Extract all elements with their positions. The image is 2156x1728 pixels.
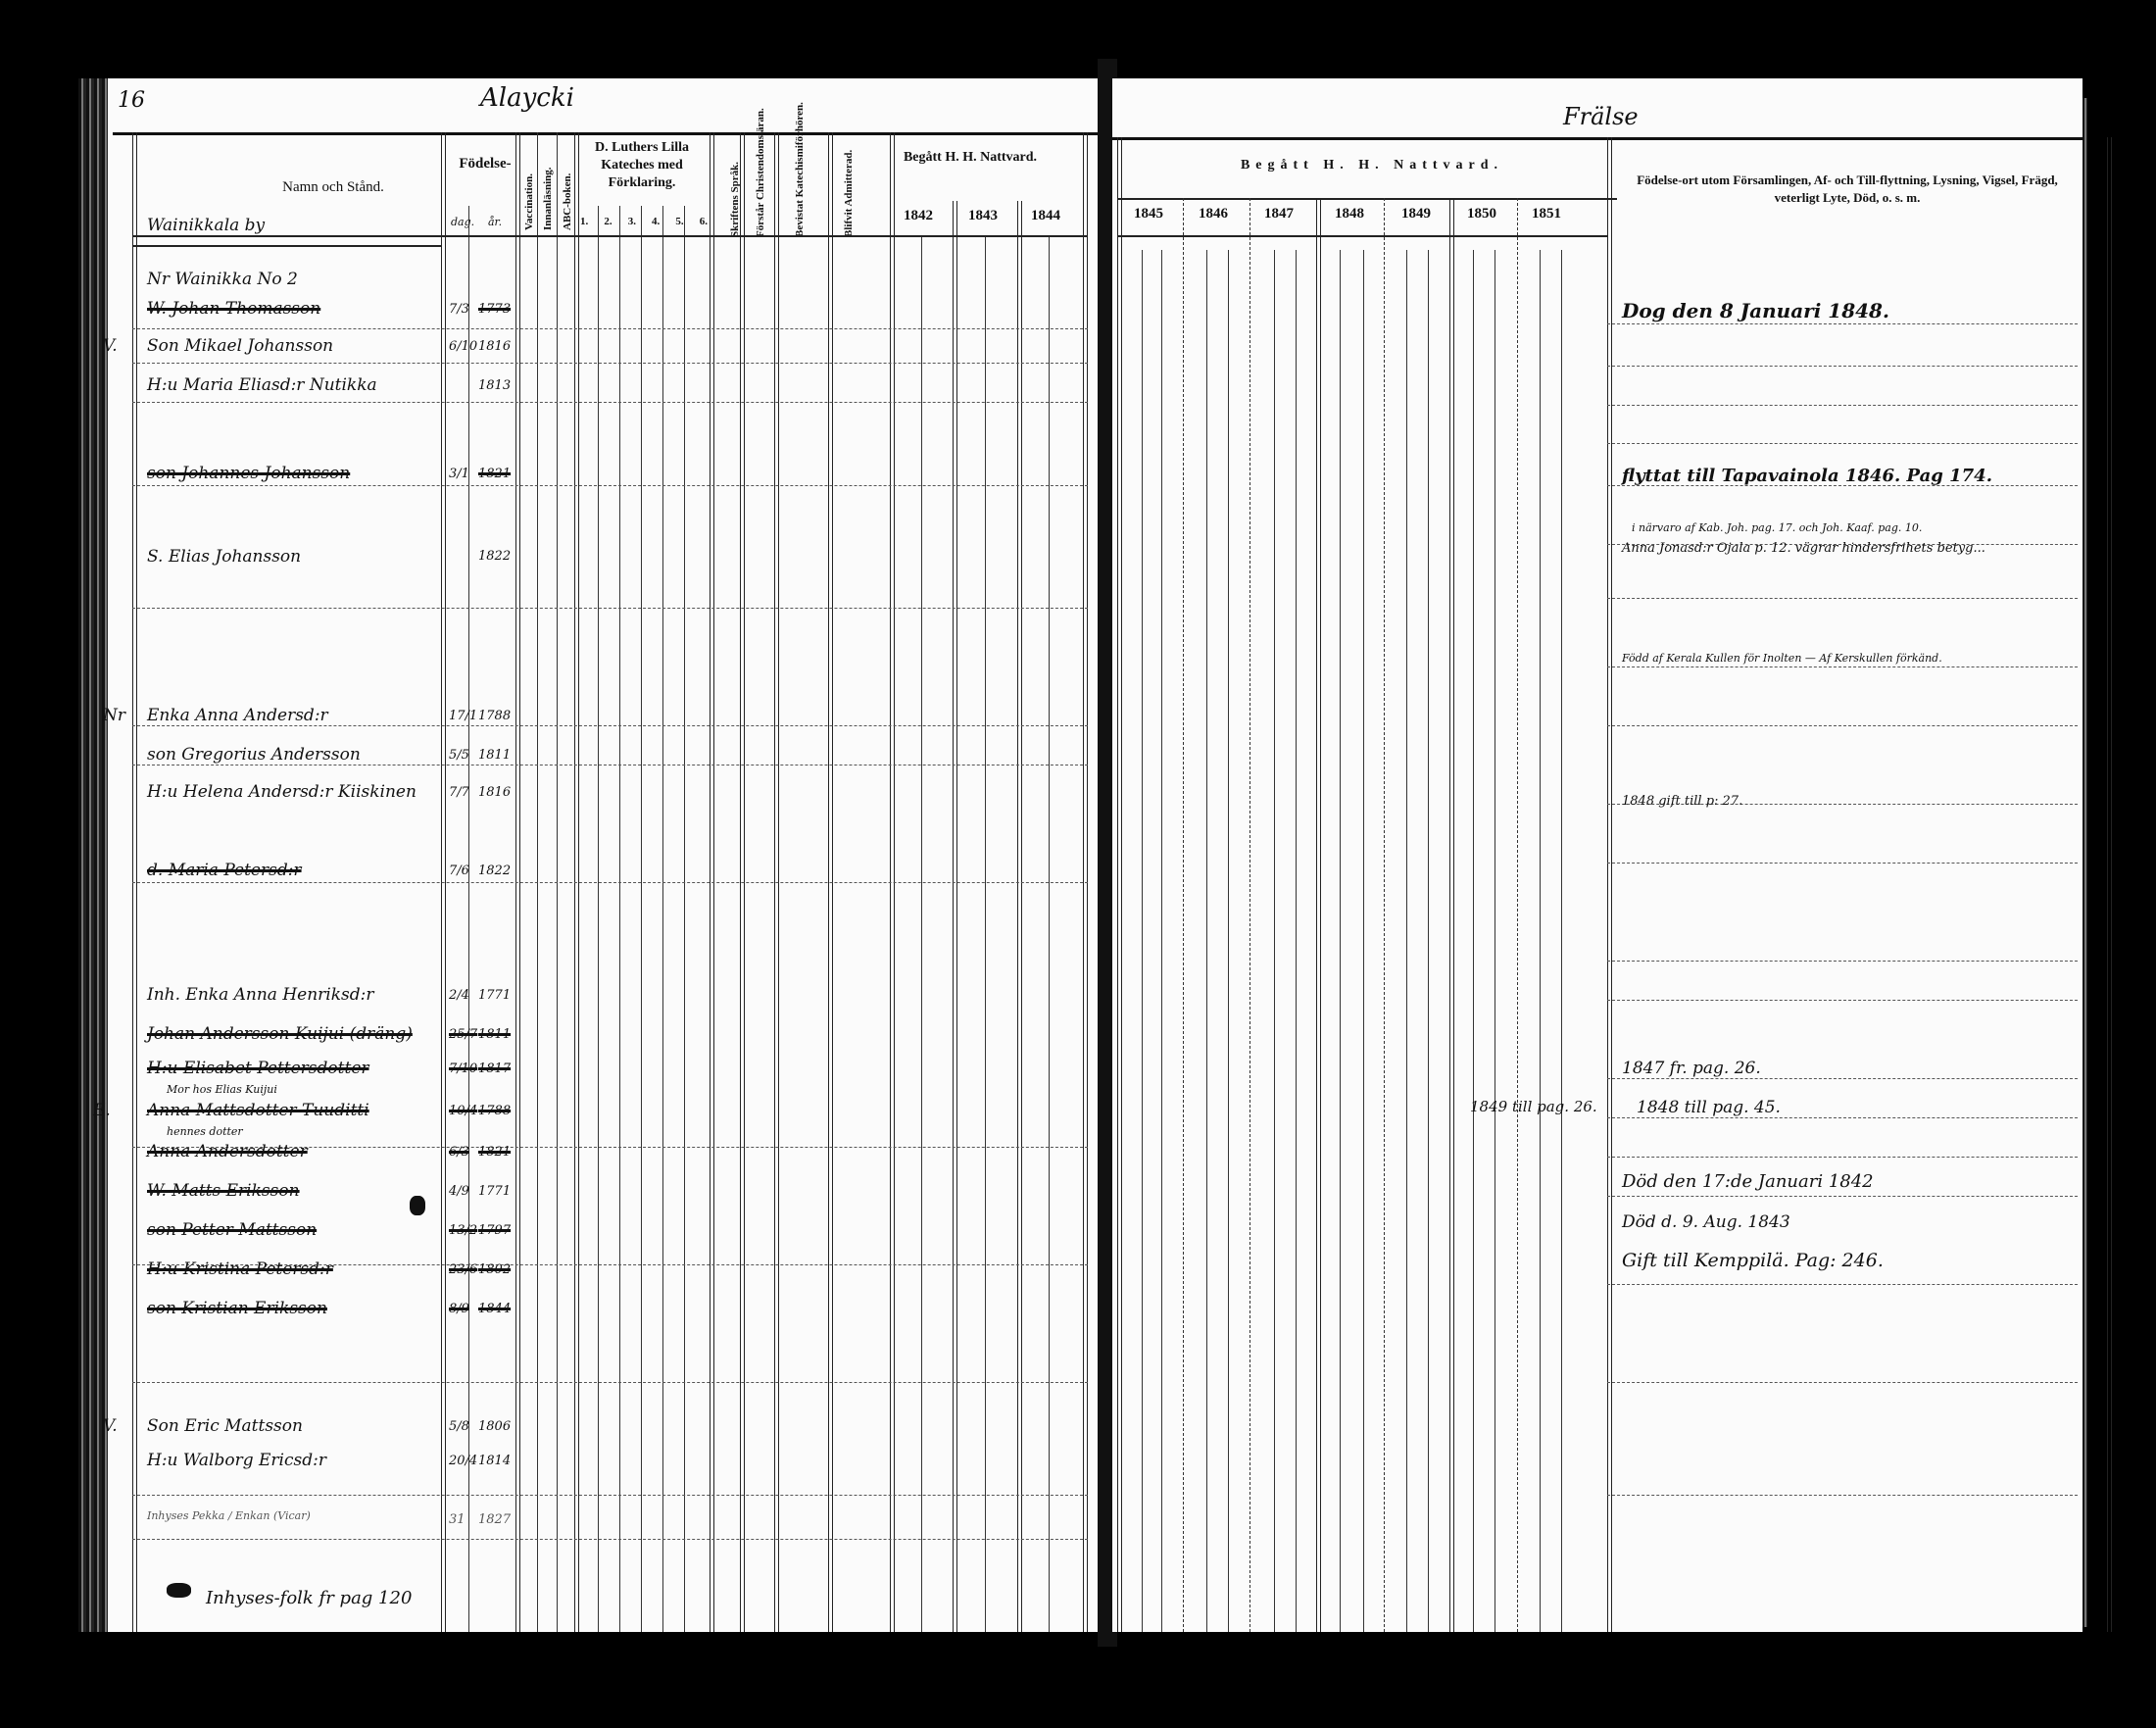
- row-day: 13/2: [449, 1223, 477, 1238]
- row-rule: [1607, 961, 2078, 962]
- row-day: 20/4: [449, 1454, 477, 1468]
- row-rule: [1607, 405, 2078, 406]
- col-rule: [1607, 137, 1612, 1632]
- row-name: son Petter Mattsson: [147, 1220, 317, 1240]
- row-rule: [132, 485, 1088, 486]
- col-rule: [1274, 250, 1275, 1632]
- village-heading: Alaycki: [480, 83, 574, 113]
- row-rule: [132, 1539, 1088, 1540]
- row-day: 6/10: [449, 339, 477, 354]
- row-rule: [132, 725, 1088, 726]
- row-day: 5/8: [449, 1419, 469, 1434]
- col-rule: [1428, 250, 1429, 1632]
- col-rule: [662, 206, 663, 1632]
- catechism-parts: 1. 2. 3. 4. 5. 6.: [580, 216, 708, 227]
- row-name: H:u Elisabet Pettersdotter: [147, 1059, 369, 1078]
- year-1845: 1845: [1134, 206, 1163, 222]
- row-rule: [1607, 323, 2078, 324]
- remark: flyttat till Tapavainola 1846. Pag 174.: [1622, 466, 1992, 486]
- header-name: Namn och Stånd.: [235, 178, 431, 196]
- row-rule: [132, 402, 1088, 403]
- catechism-part-3: 3.: [628, 216, 636, 227]
- remark: 1848 gift till p: 27.: [1622, 794, 1742, 809]
- catechism-part-5: 5.: [675, 216, 683, 227]
- row-day: 4/9: [449, 1184, 469, 1199]
- header-catechism: D. Luthers Lilla Kateches med Förklaring…: [578, 139, 706, 192]
- row-mark: E.: [93, 1101, 111, 1120]
- row-name: Enka Anna Andersd:r: [147, 706, 328, 725]
- catechism-part-2: 2.: [604, 216, 612, 227]
- row-rule: [132, 765, 1088, 765]
- remark: i närvaro af Kab. Joh. pag. 17. och Joh.…: [1632, 521, 1922, 534]
- row-rule: [1607, 1117, 2078, 1118]
- year-1848: 1848: [1335, 206, 1364, 222]
- row-name: son Johannes Johansson: [147, 464, 350, 483]
- header-birth-day: dag.: [451, 216, 474, 228]
- section-rule: [132, 245, 441, 247]
- row-rule: [1607, 1196, 2078, 1197]
- header-top-rule: [113, 132, 1102, 135]
- col-rule: [1473, 250, 1474, 1632]
- col-rule: [1206, 250, 1207, 1632]
- remark: Anna Jonasd:r Ojala p. 12. vägrar hinder…: [1622, 541, 1985, 556]
- row-year: 1771: [478, 988, 511, 1003]
- row-name: Nr Wainikka No 2: [147, 270, 298, 289]
- row-year: 1813: [478, 378, 511, 393]
- col-rule: [1449, 198, 1454, 1632]
- row-year: 1844: [478, 1302, 511, 1316]
- year-1849: 1849: [1401, 206, 1431, 222]
- row-day: 7/3: [449, 302, 469, 317]
- row-year: 1821: [478, 1145, 511, 1160]
- col-rule: [1363, 250, 1364, 1632]
- row-rule: [1607, 725, 2078, 726]
- row-rule: [1607, 366, 2078, 367]
- header-christianity: Förstår Christendomsläran.: [755, 139, 766, 237]
- row-day: 7/6: [449, 864, 469, 878]
- remark: Död den 17:de Januari 1842: [1622, 1171, 1874, 1192]
- col-rule: [1517, 198, 1518, 1632]
- row-day: 8/9: [449, 1302, 469, 1316]
- row-rule: [132, 363, 1088, 364]
- col-rule: [1561, 250, 1562, 1632]
- header-birth-year: år.: [488, 216, 502, 228]
- row-day: 5/5: [449, 748, 469, 763]
- col-rule: [684, 206, 685, 1632]
- row-name: Inhyses Pekka / Enkan (Vicar): [147, 1509, 311, 1522]
- row-mark: V.: [103, 1416, 118, 1436]
- col-rule: [598, 206, 599, 1632]
- row-rule: [132, 882, 1088, 883]
- row-day: 2/4: [449, 988, 469, 1003]
- row-rule: [1607, 1382, 2078, 1383]
- row-name: H:u Kristina Petersd:r: [147, 1259, 333, 1279]
- row-name: H:u Walborg Ericsd:r: [147, 1451, 326, 1470]
- row-day: 6/3: [449, 1145, 469, 1160]
- header-abc: ABC-boken.: [562, 137, 573, 230]
- row-rule: [132, 608, 1088, 609]
- header-communion: Begått H. H. Nattvard.: [892, 149, 1049, 167]
- remark: 1848 till pag. 45.: [1637, 1098, 1781, 1117]
- row-name: W. Matts Eriksson: [147, 1181, 300, 1201]
- col-rule: [641, 206, 642, 1632]
- header-bottom-rule: [1117, 235, 1607, 237]
- header-catechism-exam: Bevistat Katechismiförhören.: [794, 139, 806, 237]
- row-year: 1806: [478, 1419, 511, 1434]
- row-day: 17/1: [449, 709, 477, 723]
- catechism-part-1: 1.: [580, 216, 588, 227]
- row-year: 1822: [478, 549, 511, 564]
- col-rule: [1406, 250, 1407, 1632]
- col-rule: [985, 235, 986, 1632]
- row-name: Anna Mattsdotter Tuuditti: [147, 1101, 369, 1120]
- header-sub-rule: [1117, 198, 1617, 200]
- col-rule: [1017, 201, 1022, 1632]
- header-bottom-rule: [132, 235, 1088, 237]
- col-rule: [1384, 198, 1385, 1632]
- row-day: 10/4: [449, 1104, 477, 1118]
- col-rule: [1161, 250, 1162, 1632]
- row-note: hennes dotter: [167, 1125, 243, 1138]
- col-rule: [1183, 198, 1184, 1632]
- ink-blot: [167, 1583, 191, 1598]
- col-rule: [1540, 250, 1541, 1632]
- remark: Född af Kerala Kullen för Inolten — Af K…: [1622, 652, 1942, 665]
- col-rule: [1049, 235, 1050, 1632]
- row-rule: [132, 1495, 1088, 1496]
- right-page: Frälse Begått H. H. Nattvard. 1845 1846 …: [1112, 78, 2082, 1632]
- row-day: 31: [449, 1512, 465, 1527]
- footer-note: Inhyses-folk fr pag 120: [206, 1588, 412, 1608]
- col-rule: [1142, 250, 1143, 1632]
- row-year: 1821: [478, 467, 511, 481]
- row-year: 1771: [478, 1184, 511, 1199]
- row-rule: [1607, 1000, 2078, 1001]
- col-rule: [1249, 198, 1250, 1632]
- row-day: 7/7: [449, 785, 469, 800]
- catechism-part-4: 4.: [652, 216, 660, 227]
- row-year: 1811: [478, 1027, 511, 1042]
- col-rule: [1228, 250, 1229, 1632]
- row-name: Son Eric Mattsson: [147, 1416, 303, 1436]
- row-rule: [1607, 1495, 2078, 1496]
- communion-year-2: 1843: [968, 208, 998, 224]
- col-rule: [1494, 250, 1495, 1632]
- row-mark: Nr: [103, 706, 125, 725]
- row-rule: [1607, 667, 2078, 667]
- header-reading: Innanläsning.: [542, 137, 554, 230]
- col-rule: [619, 206, 620, 1632]
- row-name: Johan Andersson Kuijui (dräng): [147, 1024, 413, 1044]
- remark: Död d. 9. Aug. 1843: [1622, 1212, 1790, 1232]
- row-year: 1827: [478, 1512, 511, 1527]
- row-day: 23/6: [449, 1262, 477, 1277]
- row-year: 1816: [478, 339, 511, 354]
- col-rule: [921, 235, 922, 1632]
- row-year: 1788: [478, 1104, 511, 1118]
- row-year: 1814: [478, 1454, 511, 1468]
- section-label: Wainikkala by: [147, 216, 265, 235]
- page-number: 16: [118, 88, 145, 113]
- row-name: Inh. Enka Anna Henriksd:r: [147, 985, 374, 1005]
- row-rule: [1607, 863, 2078, 864]
- row-name: Anna Andersdotter: [147, 1142, 308, 1161]
- row-year: 1816: [478, 785, 511, 800]
- col-rule: [468, 206, 469, 1632]
- col-rule: [1296, 250, 1297, 1632]
- row-day: 7/10: [449, 1061, 477, 1076]
- row-year: 1811: [478, 748, 511, 763]
- row-year: 1822: [478, 864, 511, 878]
- row-mark: V.: [103, 336, 118, 356]
- row-name: S. Elias Johansson: [147, 547, 301, 567]
- ink-blot: [410, 1196, 425, 1215]
- row-name: W. Johan Thomasson: [147, 299, 320, 319]
- row-year: 1817: [478, 1061, 511, 1076]
- remark: 1849 till pag. 26.: [1470, 1098, 1597, 1115]
- communion-year-1: 1842: [904, 208, 933, 224]
- row-note: Mor hos Elias Kuijui: [167, 1083, 277, 1096]
- header-admitted: Blifvit Admitterad.: [843, 139, 855, 237]
- header-remarks: Födelse-ort utom Församlingen, Af- och T…: [1622, 172, 2073, 207]
- row-rule: [1607, 1078, 2078, 1079]
- row-rule: [132, 1382, 1088, 1383]
- left-page: 16 Alaycki Namn och Stånd. Födelse- dag.…: [108, 78, 1102, 1632]
- row-rule: [1607, 443, 2078, 444]
- row-name: Son Mikael Johansson: [147, 336, 333, 356]
- row-rule: [1607, 598, 2078, 599]
- row-name: H:u Maria Eliasd:r Nutikka: [147, 375, 377, 395]
- col-rule: [953, 201, 957, 1632]
- row-rule: [1607, 1157, 2078, 1158]
- row-name: son Gregorius Andersson: [147, 745, 361, 765]
- row-year: 1773: [478, 302, 511, 317]
- row-year: 1802: [478, 1262, 511, 1277]
- header-communion: Begått H. H. Nattvard.: [1132, 157, 1612, 174]
- row-day: 3/1: [449, 467, 469, 481]
- remark: Dog den 8 Januari 1848.: [1622, 299, 1889, 322]
- header-top-rule: [1112, 137, 2082, 140]
- scan-left-edge: [78, 78, 108, 1632]
- page-heading: Frälse: [1563, 103, 1639, 130]
- row-name: H:u Helena Andersd:r Kiiskinen: [147, 782, 416, 802]
- year-1851: 1851: [1532, 206, 1561, 222]
- catechism-part-6: 6.: [700, 216, 708, 227]
- remark: Gift till Kemppilä. Pag: 246.: [1622, 1250, 1884, 1271]
- communion-year-3: 1844: [1031, 208, 1060, 224]
- year-1850: 1850: [1467, 206, 1496, 222]
- header-birth: Födelse-: [446, 155, 524, 173]
- col-rule: [1340, 250, 1341, 1632]
- row-name: son Kristian Eriksson: [147, 1299, 327, 1318]
- col-rule: [1316, 198, 1321, 1632]
- year-1846: 1846: [1199, 206, 1228, 222]
- header-vaccination: Vaccination.: [523, 137, 535, 230]
- row-name: d. Maria Petersd:r: [147, 861, 302, 880]
- row-year: 1797: [478, 1223, 511, 1238]
- row-rule: [132, 328, 1088, 329]
- remark: 1847 fr. pag. 26.: [1622, 1059, 1761, 1078]
- col-rule: [1117, 137, 1122, 1632]
- row-rule: [1607, 1284, 2078, 1285]
- year-1847: 1847: [1264, 206, 1294, 222]
- col-rule: [2107, 137, 2112, 1632]
- row-year: 1788: [478, 709, 511, 723]
- row-day: 25/7: [449, 1027, 477, 1042]
